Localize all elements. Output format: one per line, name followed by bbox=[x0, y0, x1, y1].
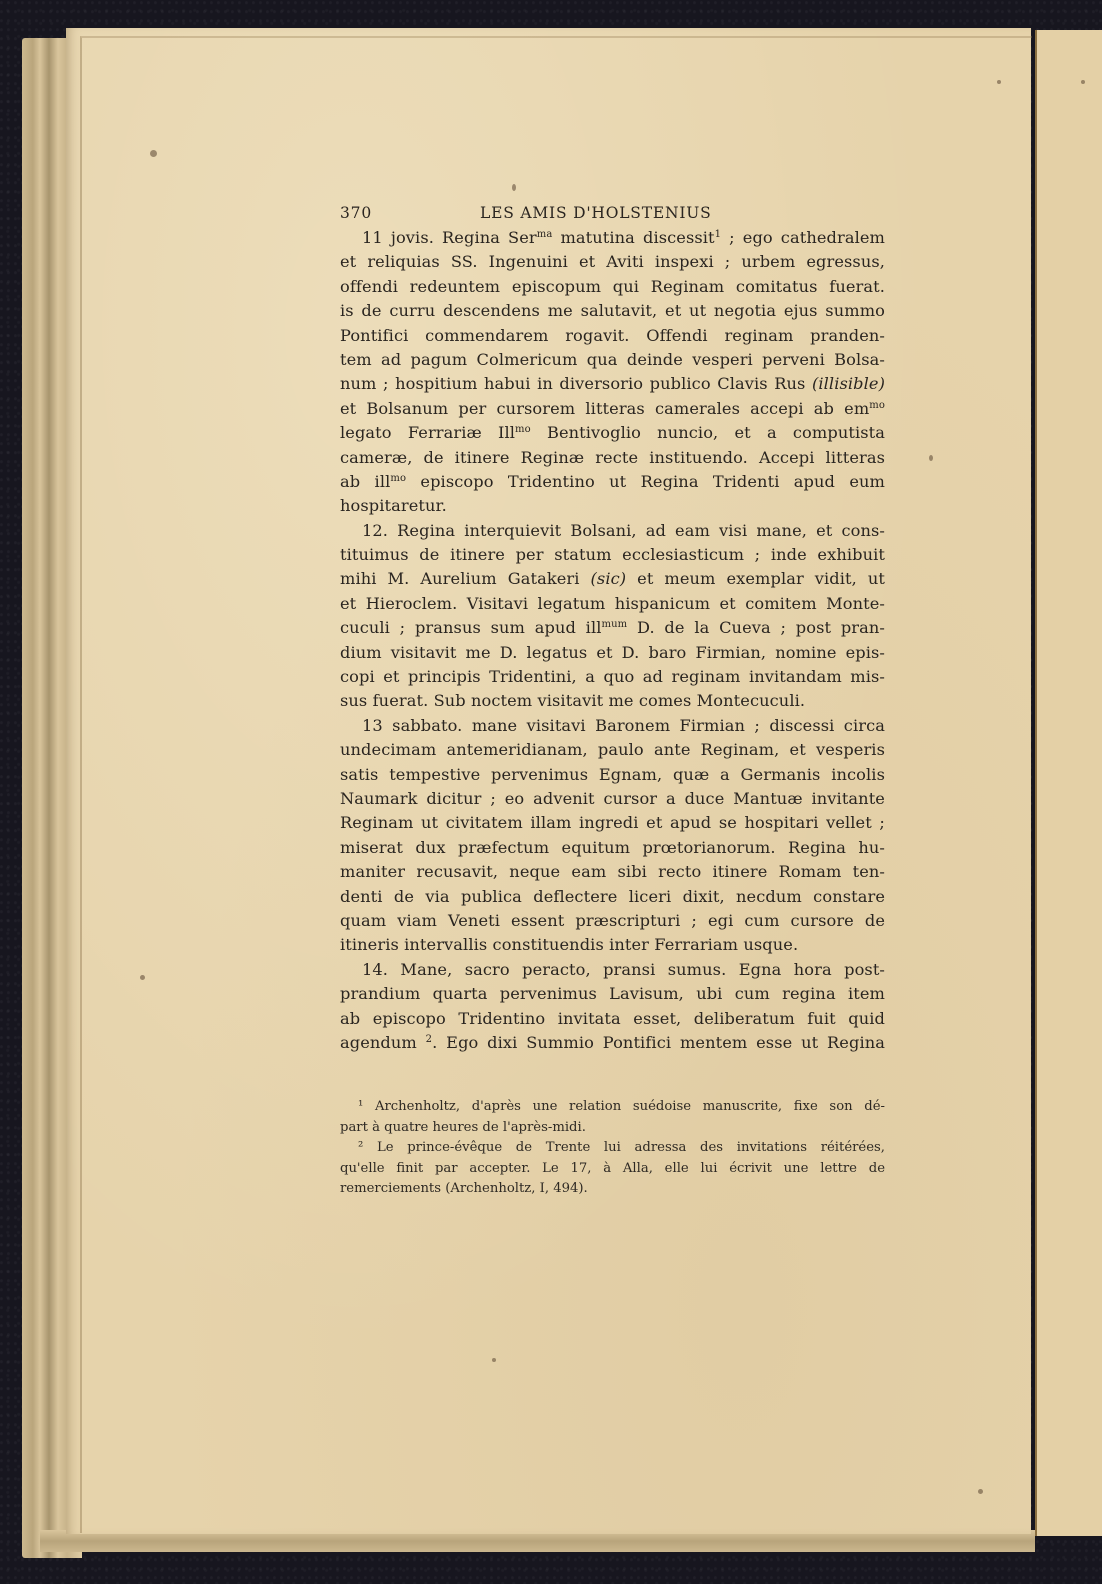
text-run: Bentivoglio nuncio, et a computista bbox=[531, 423, 885, 442]
foxing-spot bbox=[929, 455, 933, 461]
superscript: mo bbox=[390, 473, 406, 484]
footnote-line: qu'elle finit par accepter. Le 17, à All… bbox=[340, 1159, 885, 1180]
superscript: mum bbox=[602, 619, 628, 630]
text-line: denti de via publica deflectere liceri d… bbox=[340, 885, 885, 909]
text-run: legato Ferrariæ Ill bbox=[340, 423, 515, 442]
text-line: undecimam antemeridianam, paulo ante Reg… bbox=[340, 738, 885, 762]
foxing-spot bbox=[140, 975, 145, 980]
text-line: ab episcopo Tridentino invitata esset, d… bbox=[340, 1007, 885, 1031]
text-line: copi et principis Tridentini, a quo ad r… bbox=[340, 665, 885, 689]
foxing-spot bbox=[492, 1358, 496, 1362]
text-line: 12. Regina interquievit Bolsani, ad eam … bbox=[340, 519, 885, 543]
foxing-spot bbox=[1081, 80, 1085, 84]
foxing-spot bbox=[978, 1489, 983, 1494]
foxing-spot bbox=[150, 150, 157, 157]
text-line: dium visitavit me D. legatus et D. baro … bbox=[340, 641, 885, 665]
text-line: 13 sabbato. mane visitavi Baronem Firmia… bbox=[340, 714, 885, 738]
text-line: Naumark dicitur ; eo advenit cursor a du… bbox=[340, 787, 885, 811]
text-line: agendum 2. Ego dixi Summio Pontifici men… bbox=[340, 1031, 885, 1055]
text-line: legato Ferrariæ Illmo Bentivoglio nuncio… bbox=[340, 421, 885, 445]
superscript: mo bbox=[515, 424, 531, 435]
footnote-line: remerciements (Archenholtz, I, 494). bbox=[340, 1179, 885, 1200]
superscript: ma bbox=[537, 229, 553, 240]
text-line: itineris intervallis constituendis inter… bbox=[340, 933, 885, 957]
text-line: maniter recusavit, neque eam sibi recto … bbox=[340, 860, 885, 884]
text-line: is de curru descendens me salutavit, et … bbox=[340, 299, 885, 323]
running-head: 370 LES AMIS D'HOLSTENIUS bbox=[340, 200, 885, 226]
text-line: et Hieroclem. Visitavi legatum hispanicu… bbox=[340, 592, 885, 616]
text-line: prandium quarta pervenimus Lavisum, ubi … bbox=[340, 982, 885, 1006]
text-line: tem ad pagum Colmericum qua deinde vespe… bbox=[340, 348, 885, 372]
text-run: . Ego dixi Summio Pontifici mentem esse … bbox=[432, 1033, 885, 1052]
page-number: 370 bbox=[340, 204, 372, 222]
text-run: et meum exemplar vidit, ut bbox=[626, 569, 885, 588]
main-text: 370 LES AMIS D'HOLSTENIUS 11 jovis. Regi… bbox=[340, 200, 885, 1055]
running-title: LES AMIS D'HOLSTENIUS bbox=[480, 204, 712, 222]
text-line: et reliquias SS. Ingenuini et Aviti insp… bbox=[340, 250, 885, 274]
text-line: satis tempestive pervenimus Egnam, quæ a… bbox=[340, 763, 885, 787]
text-line: Pontifici commendarem rogavit. Offendi r… bbox=[340, 324, 885, 348]
text-run: ab ill bbox=[340, 472, 390, 491]
foxing-spot bbox=[997, 80, 1001, 84]
text-run: et Bolsanum per cursorem litteras camera… bbox=[340, 399, 869, 418]
text-run: D. de la Cueva ; post pran- bbox=[627, 618, 885, 637]
facing-page-edge bbox=[1035, 30, 1102, 1536]
foxing-spot bbox=[512, 184, 516, 191]
text-line: hospitaretur. bbox=[340, 494, 885, 518]
text-line: tituimus de itinere per statum ecclesias… bbox=[340, 543, 885, 567]
text-run: num ; hospitium habui in diversorio publ… bbox=[340, 374, 812, 393]
italic-run: (sic) bbox=[591, 569, 627, 588]
text-line: mihi M. Aurelium Gatakeri (sic) et meum … bbox=[340, 567, 885, 591]
body-text: 11 jovis. Regina Serma matutina discessi… bbox=[340, 226, 885, 1055]
text-line: offendi redeuntem episcopum qui Reginam … bbox=[340, 275, 885, 299]
text-line: ab illmo episcopo Tridentino ut Regina T… bbox=[340, 470, 885, 494]
text-line: 11 jovis. Regina Serma matutina discessi… bbox=[340, 226, 885, 250]
text-line: quam viam Veneti essent præscripturi ; e… bbox=[340, 909, 885, 933]
text-line: Reginam ut civitatem illam ingredi et ap… bbox=[340, 811, 885, 835]
text-run: cuculi ; pransus sum apud ill bbox=[340, 618, 602, 637]
text-line: cameræ, de itinere Reginæ recte institue… bbox=[340, 446, 885, 470]
text-run: episcopo Tridentino ut Regina Tridenti a… bbox=[406, 472, 885, 491]
text-run: 11 jovis. Regina Ser bbox=[362, 228, 537, 247]
footnote-line: part à quatre heures de l'après-midi. bbox=[340, 1118, 885, 1139]
italic-run: (illisible) bbox=[812, 374, 885, 393]
text-line: 14. Mane, sacro peracto, pransi sumus. E… bbox=[340, 958, 885, 982]
footnote-line: ² Le prince-évêque de Trente lui adressa… bbox=[340, 1138, 885, 1159]
superscript: mo bbox=[869, 400, 885, 411]
text-run: agendum bbox=[340, 1033, 426, 1052]
text-run: matutina discessit bbox=[552, 228, 714, 247]
text-line: sus fuerat. Sub noctem visitavit me come… bbox=[340, 689, 885, 713]
text-line: miserat dux præfectum equitum prœtoriano… bbox=[340, 836, 885, 860]
footnote-line: ¹ Archenholtz, d'après une relation suéd… bbox=[340, 1097, 885, 1118]
text-line: et Bolsanum per cursorem litteras camera… bbox=[340, 397, 885, 421]
text-run: mihi M. Aurelium Gatakeri bbox=[340, 569, 591, 588]
text-line: num ; hospitium habui in diversorio publ… bbox=[340, 372, 885, 396]
footnotes: ¹ Archenholtz, d'après une relation suéd… bbox=[340, 1097, 885, 1200]
text-line: cuculi ; pransus sum apud illmum D. de l… bbox=[340, 616, 885, 640]
text-run: ; ego cathedralem bbox=[721, 228, 885, 247]
